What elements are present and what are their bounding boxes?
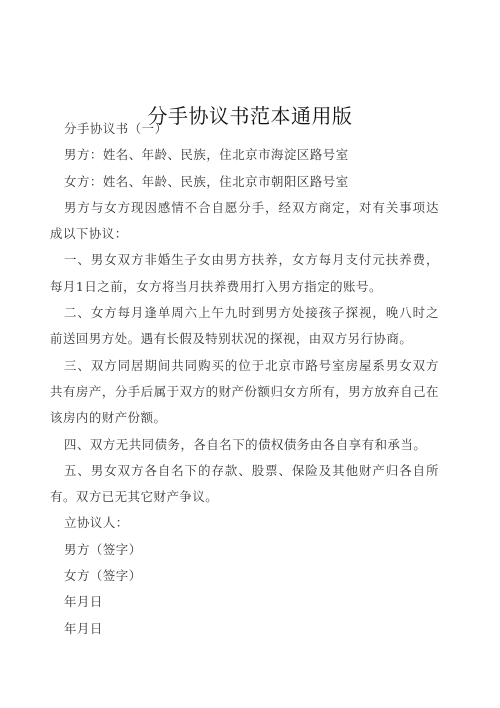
clause-3-paragraph: 三、双方同居期间共同购买的位于北京市路号室房屋系男女双方共有房产，分手后属于双方… — [50, 353, 439, 432]
male-party-info: 男方：姓名、年龄、民族，住北京市海淀区路号室 — [50, 142, 439, 168]
male-signature-line: 男方（签字） — [50, 537, 439, 563]
document-body: 分手协议书（一） 男方：姓名、年龄、民族，住北京市海淀区路号室 女方：姓名、年龄… — [50, 116, 439, 642]
date-line-2: 年月日 — [50, 616, 439, 642]
signatories-label: 立协议人： — [50, 510, 439, 536]
preamble-paragraph: 男方与女方现因感情不合自愿分手，经双方商定，对有关事项达成以下协议： — [50, 195, 439, 248]
clause-5-paragraph: 五、男女双方各自名下的存款、股票、保险及其他财产归各自所有。双方已无其它财产争议… — [50, 458, 439, 511]
female-party-info: 女方：姓名、年龄、民族，住北京市朝阳区路号室 — [50, 169, 439, 195]
clause-1-paragraph: 一、男女双方非婚生子女由男方扶养，女方每月支付元扶养费，每月1日之前，女方将当月… — [50, 247, 439, 300]
clause-4-paragraph: 四、双方无共同债务，各自名下的债权债务由各自享有和承当。 — [50, 432, 439, 458]
clause-2-paragraph: 二、女方每月逢单周六上午九时到男方处接孩子探视，晚八时之前送回男方处。遇有长假及… — [50, 300, 439, 353]
female-signature-line: 女方（签字） — [50, 563, 439, 589]
document-page: 分手协议书范本通用版 分手协议书（一） 男方：姓名、年龄、民族，住北京市海淀区路… — [0, 0, 500, 708]
agreement-heading: 分手协议书（一） — [50, 116, 439, 142]
date-line-1: 年月日 — [50, 589, 439, 615]
